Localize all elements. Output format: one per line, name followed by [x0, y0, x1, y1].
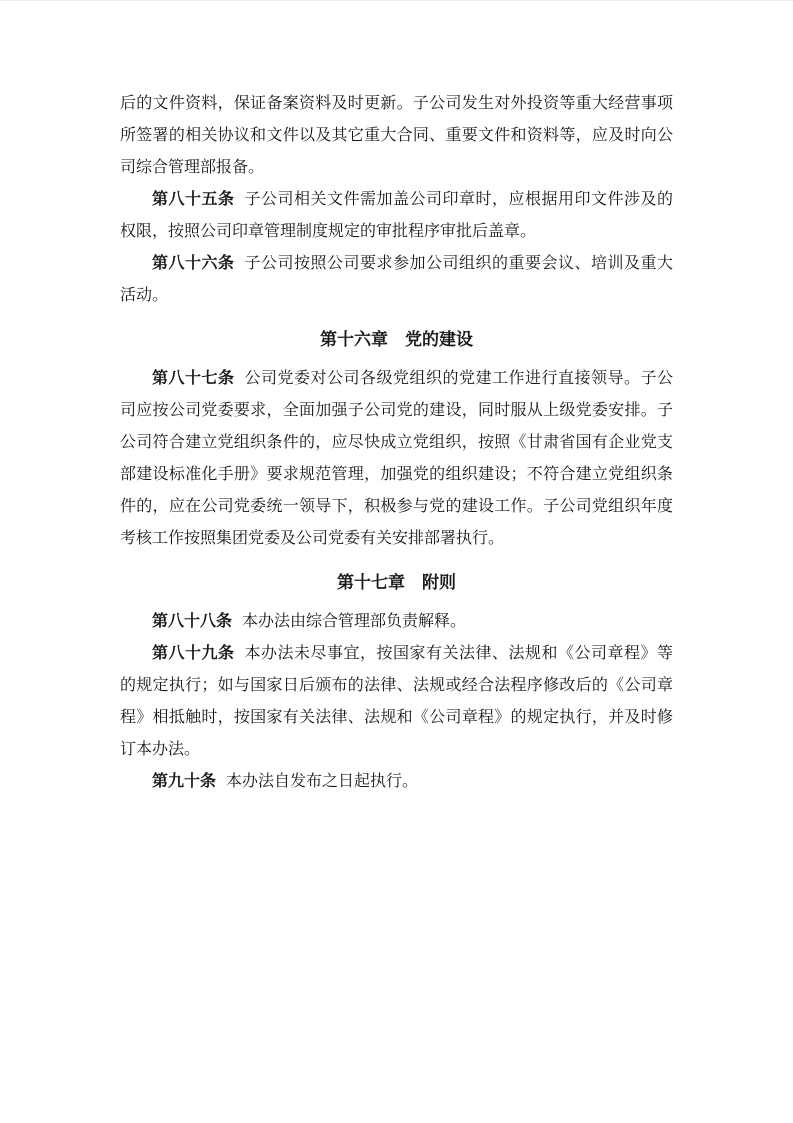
article-number: 第八十九条 [152, 645, 235, 662]
paragraph-text: 后的文件资料，保证备案资料及时更新。子公司发生对外投资等重大经营事项所签署的相关… [120, 95, 673, 176]
article-number: 第八十五条 [152, 191, 235, 208]
article-paragraph-90: 第九十条本办法自发布之日起执行。 [120, 766, 673, 798]
chapter-heading-17: 第十七章 附则 [120, 567, 673, 599]
article-paragraph-86: 第八十六条子公司按照公司要求参加公司组织的重要会议、培训及重大活动。 [120, 248, 673, 312]
article-text: 本办法由综合管理部负责解释。 [242, 613, 466, 630]
article-number: 第八十六条 [152, 255, 235, 272]
document-body: 后的文件资料，保证备案资料及时更新。子公司发生对外投资等重大经营事项所签署的相关… [120, 88, 673, 798]
article-number: 第九十条 [152, 773, 216, 790]
chapter-heading-16: 第十六章 党的建设 [120, 324, 673, 356]
article-text: 本办法自发布之日起执行。 [226, 773, 418, 790]
article-text: 公司党委对公司各级党组织的党建工作进行直接领导。子公司应按公司党委要求，全面加强… [120, 370, 673, 547]
document-page: 后的文件资料，保证备案资料及时更新。子公司发生对外投资等重大经营事项所签署的相关… [0, 0, 793, 1123]
paragraph-continuation: 后的文件资料，保证备案资料及时更新。子公司发生对外投资等重大经营事项所签署的相关… [120, 88, 673, 184]
article-number: 第八十七条 [152, 370, 235, 387]
article-paragraph-89: 第八十九条本办法未尽事宜，按国家有关法律、法规和《公司章程》等的规定执行；如与国… [120, 638, 673, 766]
article-paragraph-88: 第八十八条本办法由综合管理部负责解释。 [120, 606, 673, 638]
article-number: 第八十八条 [152, 613, 232, 630]
article-paragraph-85: 第八十五条子公司相关文件需加盖公司印章时，应根据用印文件涉及的权限，按照公司印章… [120, 184, 673, 248]
article-paragraph-87: 第八十七条公司党委对公司各级党组织的党建工作进行直接领导。子公司应按公司党委要求… [120, 363, 673, 555]
